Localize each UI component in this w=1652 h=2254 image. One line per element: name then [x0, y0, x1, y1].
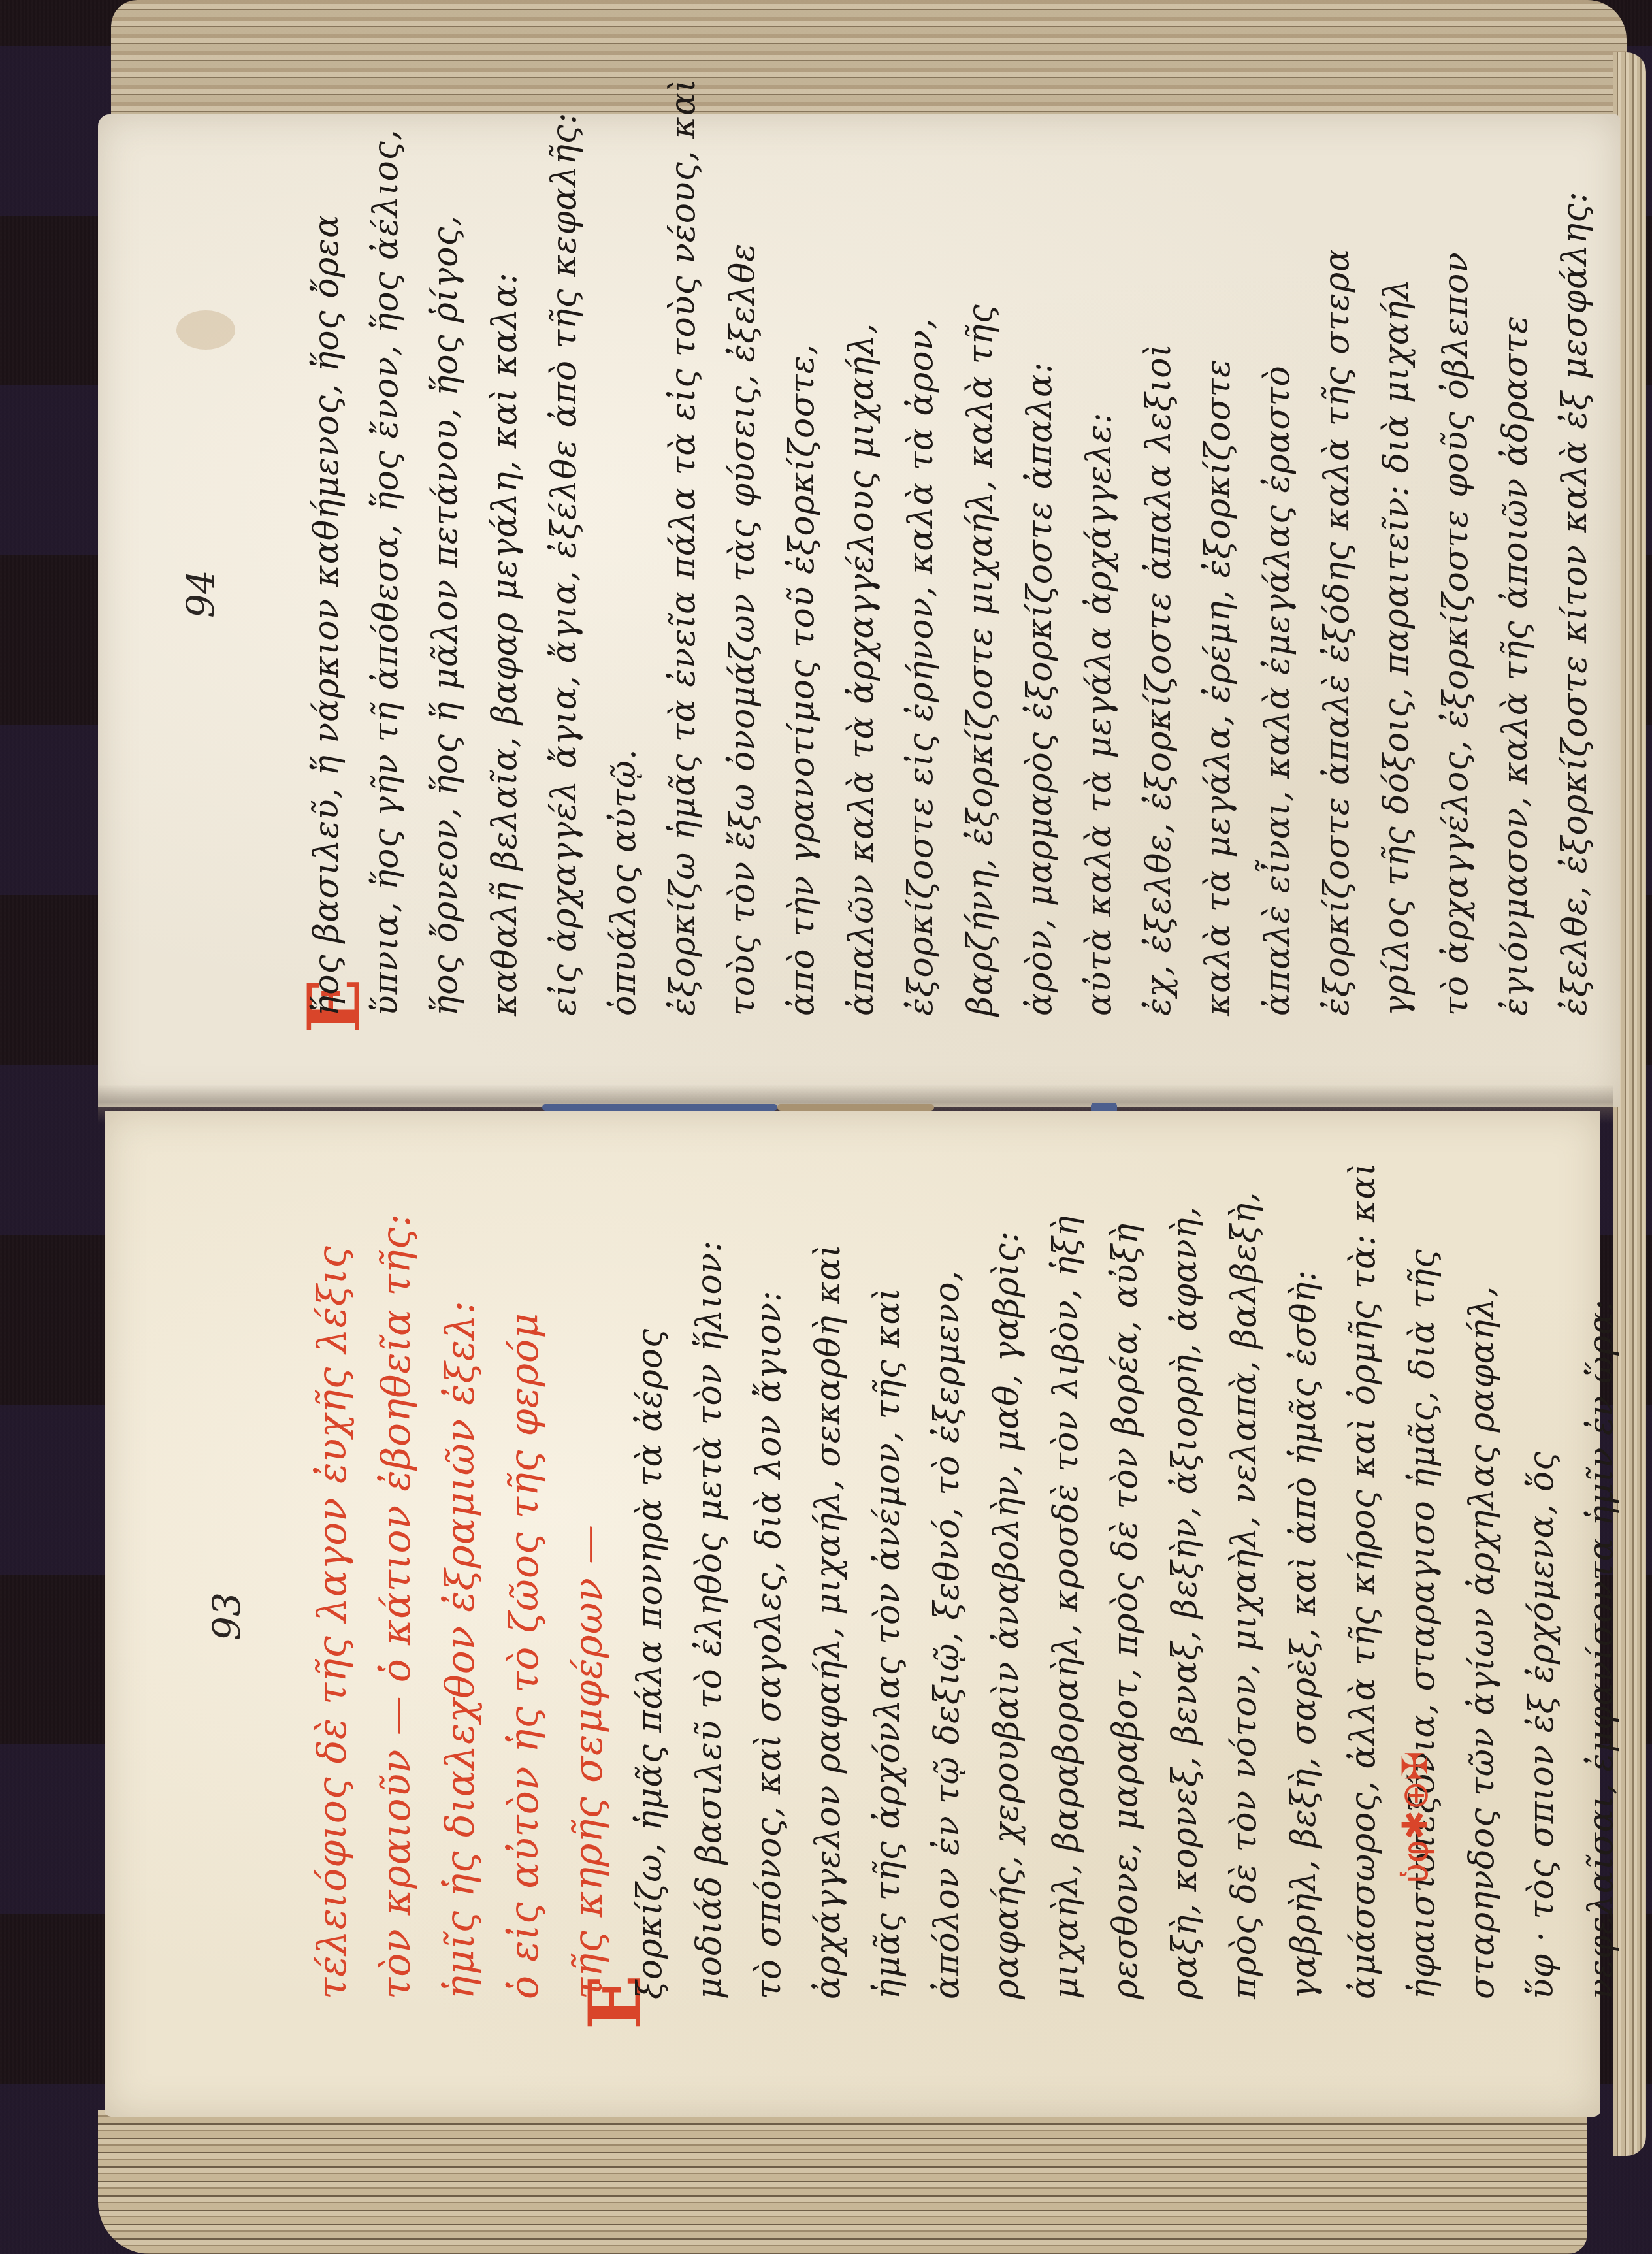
rubric-lines: τέλειόφιος δὲ τῆς λαγον ἐυχῆς λέξιςτὸν κ…: [300, 1213, 621, 1999]
open-manuscript-book: 94 Ε ἥος βασιλεῦ, ἥ νάρκιον καθήμενος, ἥ…: [98, 0, 1640, 2254]
manuscript-line: σταρηνδος τῶν ἀγίων ἀρχηλας ραφαήλ,: [1453, 1162, 1512, 1999]
manuscript-line: γρίλος τῆς δόξοις, παραιτεῖν: διὰ μιχαήλ: [1367, 78, 1427, 1016]
manuscript-line: νεφελαῖσαι, ἐμφανίσοντα ἡμῖν ἐν ὥρα:: [1572, 1162, 1631, 1999]
manuscript-line: μοδιάδ βασιλεῦ τὸ ἐληθὸς μετὰ τὸν ἥλιον:: [680, 1162, 739, 1999]
manuscript-line: μιχαὴλ, βαραβοραὴλ, κροσδὲ τὸν λιβὸν, ἡξ…: [1037, 1162, 1096, 1999]
manuscript-line: ἥος ὄρνεον, ἥος ἥ μᾶλον πετάνου, ἥος ῥίγ…: [416, 78, 476, 1016]
manuscript-line: ἥος βασιλεῦ, ἥ νάρκιον καθήμενος, ἥος ὄρ…: [297, 78, 357, 1016]
manuscript-line: καλὰ τὰ μεγάλα, ἐρέμη, ἐξορκίζοστε: [1189, 78, 1248, 1016]
manuscript-line: ἀπόλον ἐν τῷ δεξιῷ, ξεθνό, τὸ ἐξερμενο,: [918, 1162, 977, 1999]
binding-thread-blue: [542, 1104, 777, 1111]
manuscript-line: ἀπαλὲ εἶναι, καλὰ ἐμεγάλας ἐραστὸ: [1248, 78, 1308, 1016]
manuscript-line: ἀπαλῶν καλὰ τὰ ἀρχαγγέλους μιχαήλ,: [832, 78, 892, 1016]
page-folio-94: 94 Ε ἥος βασιλεῦ, ἥ νάρκιον καθήμενος, ἥ…: [98, 114, 1620, 1107]
manuscript-line: ἡμῖς ἡς διαλεχθον ἐξραμιῶν ἐξελ:: [429, 1213, 493, 1999]
manuscript-line: ἀπὸ τὴν γρανοτίμος τοῦ ἐξορκίζοστε,: [773, 78, 832, 1016]
manuscript-line: ὕφ · τὸς σπιον ἐξ ἐρχόμενα, ὅς: [1512, 1162, 1572, 1999]
manuscript-line: ὁπυάλος αὐτῷ.: [594, 78, 654, 1016]
folio-number-93: 93: [204, 1592, 249, 1641]
manuscript-line: τῆς κηρῆς σεμφέρων —: [557, 1213, 621, 1999]
manuscript-line: ἐξορκίζω ἡμᾶς τὰ ἐνεῖα πάλα τὰ εἰς τοὺς …: [654, 78, 713, 1016]
manuscript-line: ὕπνια, ἥος γῆν τῆ ἀπόθεσα, ἥος ἔνον, ἥος…: [357, 78, 416, 1016]
manuscript-line: γαβρὴλ, βεξὴ, σαρὲξ, καὶ ἀπὸ ἡμᾶς ἐσθὴ:: [1274, 1162, 1334, 1999]
manuscript-line: ρεσθονε, μαραβοτ, πρὸς δὲ τὸν βορέα, αὐξ…: [1096, 1162, 1156, 1999]
manuscript-line: ἀρχάγγελον ραφαήλ, μιχαήλ, σεκαρθὴ καὶ: [799, 1162, 858, 1999]
manuscript-line: εἰς ἀρχαγγέλ ἄγια, ἄγια, ἐξέλθε ἀπὸ τῆς …: [535, 78, 594, 1016]
page-folio-93: 93 τέλειόφιος δὲ τῆς λαγον ἐυχῆς λέξιςτὸ…: [105, 1111, 1600, 2117]
page-edges-bottom: [98, 2110, 1587, 2254]
manuscript-line: ἀμάσσωρος, ἀλλὰ τῆς κήρος καὶ ὀρμῆς τὰ: …: [1334, 1162, 1393, 1999]
manuscript-line: ἐχ, ἐξελθε, ἐξορκίζοστε ἀπαλα λεξιοὶ: [1129, 78, 1189, 1016]
paper-stain: [176, 310, 235, 350]
manuscript-line: τὸ ἀρχαγγέλος, ἐξορκίζοστε φοῦς ὀβλεπον: [1427, 78, 1486, 1016]
manuscript-line: τὸν κραιοῦν — ὁ κάτιον ἐβοηθεῖα τῆς:: [364, 1213, 429, 1999]
bottom-page-rubric: τέλειόφιος δὲ τῆς λαγον ἐυχῆς λέξιςτὸν κ…: [300, 1213, 621, 1999]
manuscript-line: αὐτὰ καλὰ τὰ μεγάλα ἀρχάγγελε:: [1070, 78, 1129, 1016]
manuscript-line: τέλειόφιος δὲ τῆς λαγον ἐυχῆς λέξις: [300, 1213, 364, 1999]
manuscript-line: τὸ σπόνος, καὶ σαγολες, διὰ λον ἄγιον:: [739, 1162, 799, 1999]
binding-thread-tan: [777, 1104, 934, 1111]
bottom-page-text: ξορκίζω, ἡμᾶς πάλα πονηρὰ τὰ ἀέροςμοδιάδ…: [621, 1162, 1631, 1999]
top-page-text: ἥος βασιλεῦ, ἥ νάρκιον καθήμενος, ἥος ὄρ…: [297, 78, 1605, 1016]
manuscript-line: καθαλῆ βελαῖα, βαφαρ μεγάλη, καὶ καλα:: [476, 78, 535, 1016]
manuscript-line: ἐξορκίζοστε ἀπαλὲ ἐξόδης καλὰ τῆς στερα: [1308, 78, 1367, 1016]
manuscript-line: ξορκίζω, ἡμᾶς πάλα πονηρὰ τὰ ἀέρος: [621, 1162, 680, 1999]
manuscript-line: ἀρὸν, μαρμαρὸς ἐξορκίζοστε ἀπαλα:: [1011, 78, 1070, 1016]
manuscript-line: ἐγιόνμασον, καλὰ τῆς ἀποιῶν ἀδραστε: [1486, 78, 1546, 1016]
manuscript-line: πρὸς δὲ τὸν νότον, μιχαὴλ, νελαπὰ, βαλβε…: [1215, 1162, 1274, 1999]
manuscript-line: ἐξελθε, ἐξορκίζοστε κίτον καλὰ ἐξ μεσφάλ…: [1546, 78, 1605, 1016]
top-page-lines: ἥος βασιλεῦ, ἥ νάρκιον καθήμενος, ἥος ὄρ…: [297, 78, 1605, 1016]
manuscript-line: τοὺς τὸν ἔξω ὀνομάζων τὰς φύσεις, ἐξελθε: [713, 78, 773, 1016]
bottom-page-lines: ξορκίζω, ἡμᾶς πάλα πονηρὰ τὰ ἀέροςμοδιάδ…: [621, 1162, 1631, 1999]
red-cipher-mark: ὑφ✱⊕✠: [1395, 1751, 1436, 1884]
manuscript-line: ὁ εἰς αὐτὸν ἡς τὸ ζῶος τῆς φερόμ: [493, 1213, 557, 1999]
manuscript-line: βαρζήνη, ἐξορκίζοστε μιχαήλ, καλὰ τῆς: [951, 78, 1011, 1016]
manuscript-line: ἡμᾶς τῆς ἀρχόνλας τὸν ἀνέμον, τῆς καὶ: [858, 1162, 918, 1999]
manuscript-line: ραφαής, χερουβαὶν ἀναβολὴν, μαθ, γαβρὶς:: [977, 1162, 1037, 1999]
folio-number-94: 94: [178, 570, 223, 618]
manuscript-line: ραξὴ, κορνεξ, βεναξ, βεξὴν, ἀξιορρὴ, ἀφα…: [1156, 1162, 1215, 1999]
manuscript-line: ἐξορκίζοστε εἰς ἐρήνον, καλὰ τὰ ἀρον,: [892, 78, 951, 1016]
